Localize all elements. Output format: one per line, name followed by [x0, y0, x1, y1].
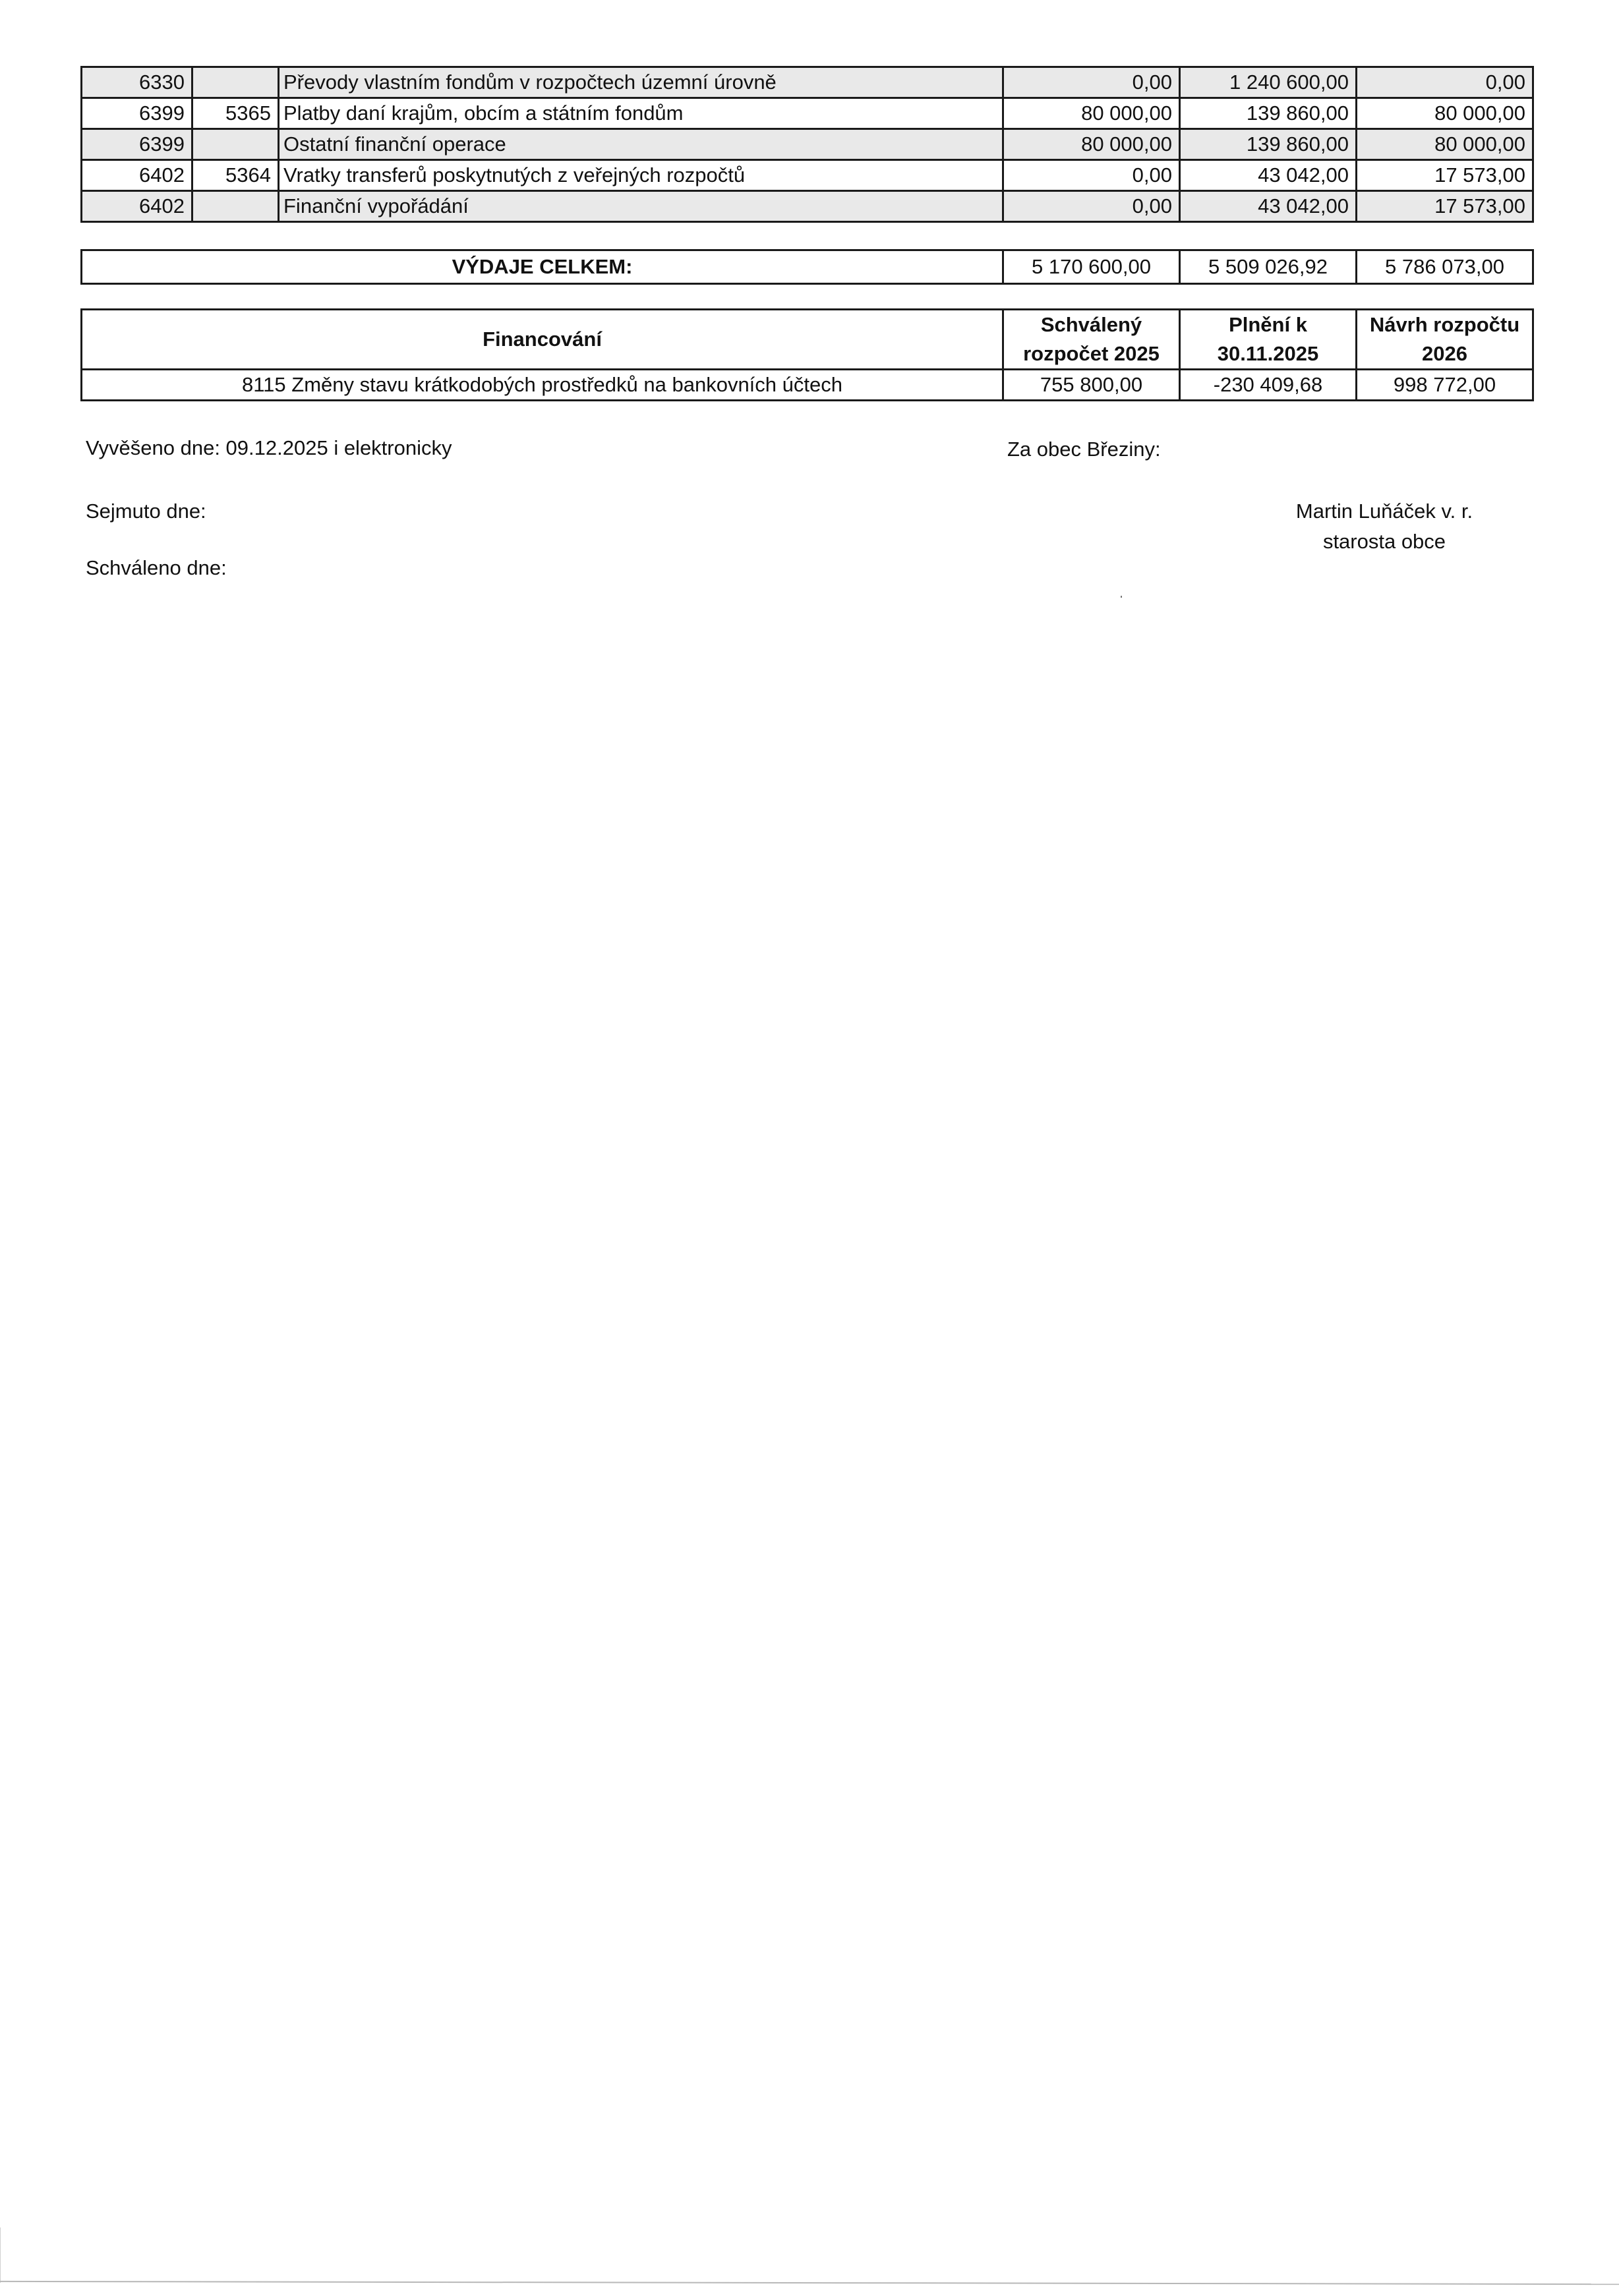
- approved-date: Schváleno dne:: [86, 556, 227, 580]
- proposal-2026: 80 000,00: [1357, 129, 1533, 160]
- header-approved-line2: rozpočet 2025: [1011, 339, 1172, 368]
- approved-2025: 0,00: [1003, 67, 1180, 98]
- scan-speck: [1121, 596, 1122, 598]
- financing-fulfilment: -230 409,68: [1180, 370, 1357, 401]
- financing-header-row: Financování Schválený rozpočet 2025 Plně…: [82, 310, 1533, 370]
- header-proposal-line2: 2026: [1364, 339, 1525, 368]
- paragraph-code: 6402: [82, 160, 192, 191]
- paragraph-code: 6399: [82, 98, 192, 129]
- budget-row: 6402Finanční vypořádání0,0043 042,0017 5…: [82, 191, 1533, 222]
- item-code: [192, 191, 279, 222]
- item-code: [192, 67, 279, 98]
- header-approved-line1: Schválený: [1011, 310, 1172, 339]
- proposal-2026: 80 000,00: [1357, 98, 1533, 129]
- budget-row: 64025364Vratky transferů poskytnutých z …: [82, 160, 1533, 191]
- item-code: [192, 129, 279, 160]
- proposal-2026: 0,00: [1357, 67, 1533, 98]
- row-description: Ostatní finanční operace: [279, 129, 1003, 160]
- for-municipality: Za obec Březiny:: [1007, 438, 1161, 461]
- paragraph-code: 6399: [82, 129, 192, 160]
- expenses-total-row: VÝDAJE CELKEM: 5 170 600,00 5 509 026,92…: [82, 250, 1533, 284]
- fulfilment: 139 860,00: [1180, 98, 1357, 129]
- financing-description: 8115 Změny stavu krátkodobých prostředků…: [82, 370, 1003, 401]
- total-fulfilment: 5 509 026,92: [1180, 250, 1357, 284]
- scan-edge-left: [0, 2227, 1, 2283]
- document-page: 6330Převody vlastním fondům v rozpočtech…: [0, 0, 1619, 2296]
- financing-table: Financování Schválený rozpočet 2025 Plně…: [80, 308, 1534, 401]
- signatory-title: starosta obce: [1252, 530, 1516, 554]
- approved-2025: 80 000,00: [1003, 98, 1180, 129]
- total-approved-2025: 5 170 600,00: [1003, 250, 1180, 284]
- removed-date: Sejmuto dne:: [86, 500, 206, 523]
- fulfilment: 1 240 600,00: [1180, 67, 1357, 98]
- row-description: Vratky transferů poskytnutých z veřejnýc…: [279, 160, 1003, 191]
- financing-row: 8115 Změny stavu krátkodobých prostředků…: [82, 370, 1533, 401]
- header-fulfilment: Plnění k 30.11.2025: [1180, 310, 1357, 370]
- budget-row: 6330Převody vlastním fondům v rozpočtech…: [82, 67, 1533, 98]
- expenses-total-table: VÝDAJE CELKEM: 5 170 600,00 5 509 026,92…: [80, 249, 1534, 285]
- fulfilment: 43 042,00: [1180, 191, 1357, 222]
- posted-date: Vyvěšeno dne: 09.12.2025 i elektronicky: [86, 436, 452, 460]
- total-proposal-2026: 5 786 073,00: [1357, 250, 1533, 284]
- paragraph-code: 6402: [82, 191, 192, 222]
- approved-2025: 0,00: [1003, 191, 1180, 222]
- fulfilment: 43 042,00: [1180, 160, 1357, 191]
- budget-row: 63995365Platby daní krajům, obcím a stát…: [82, 98, 1533, 129]
- total-label: VÝDAJE CELKEM:: [82, 250, 1003, 284]
- row-description: Platby daní krajům, obcím a státním fond…: [279, 98, 1003, 129]
- fulfilment: 139 860,00: [1180, 129, 1357, 160]
- financing-proposal-2026: 998 772,00: [1357, 370, 1533, 401]
- header-proposal-line1: Návrh rozpočtu: [1364, 310, 1525, 339]
- financing-approved-2025: 755 800,00: [1003, 370, 1180, 401]
- header-fulfilment-line1: Plnění k: [1187, 310, 1349, 339]
- header-proposal-2026: Návrh rozpočtu 2026: [1357, 310, 1533, 370]
- budget-expenses-table: 6330Převody vlastním fondům v rozpočtech…: [80, 66, 1534, 223]
- row-description: Převody vlastním fondům v rozpočtech úze…: [279, 67, 1003, 98]
- header-approved-2025: Schválený rozpočet 2025: [1003, 310, 1180, 370]
- approved-2025: 0,00: [1003, 160, 1180, 191]
- item-code: 5364: [192, 160, 279, 191]
- scan-edge-bottom: [0, 2281, 1619, 2285]
- budget-row: 6399Ostatní finanční operace80 000,00139…: [82, 129, 1533, 160]
- proposal-2026: 17 573,00: [1357, 160, 1533, 191]
- item-code: 5365: [192, 98, 279, 129]
- row-description: Finanční vypořádání: [279, 191, 1003, 222]
- financing-header-label: Financování: [82, 310, 1003, 370]
- signatory-name: Martin Luňáček v. r.: [1252, 500, 1516, 523]
- proposal-2026: 17 573,00: [1357, 191, 1533, 222]
- header-fulfilment-line2: 30.11.2025: [1187, 339, 1349, 368]
- approved-2025: 80 000,00: [1003, 129, 1180, 160]
- paragraph-code: 6330: [82, 67, 192, 98]
